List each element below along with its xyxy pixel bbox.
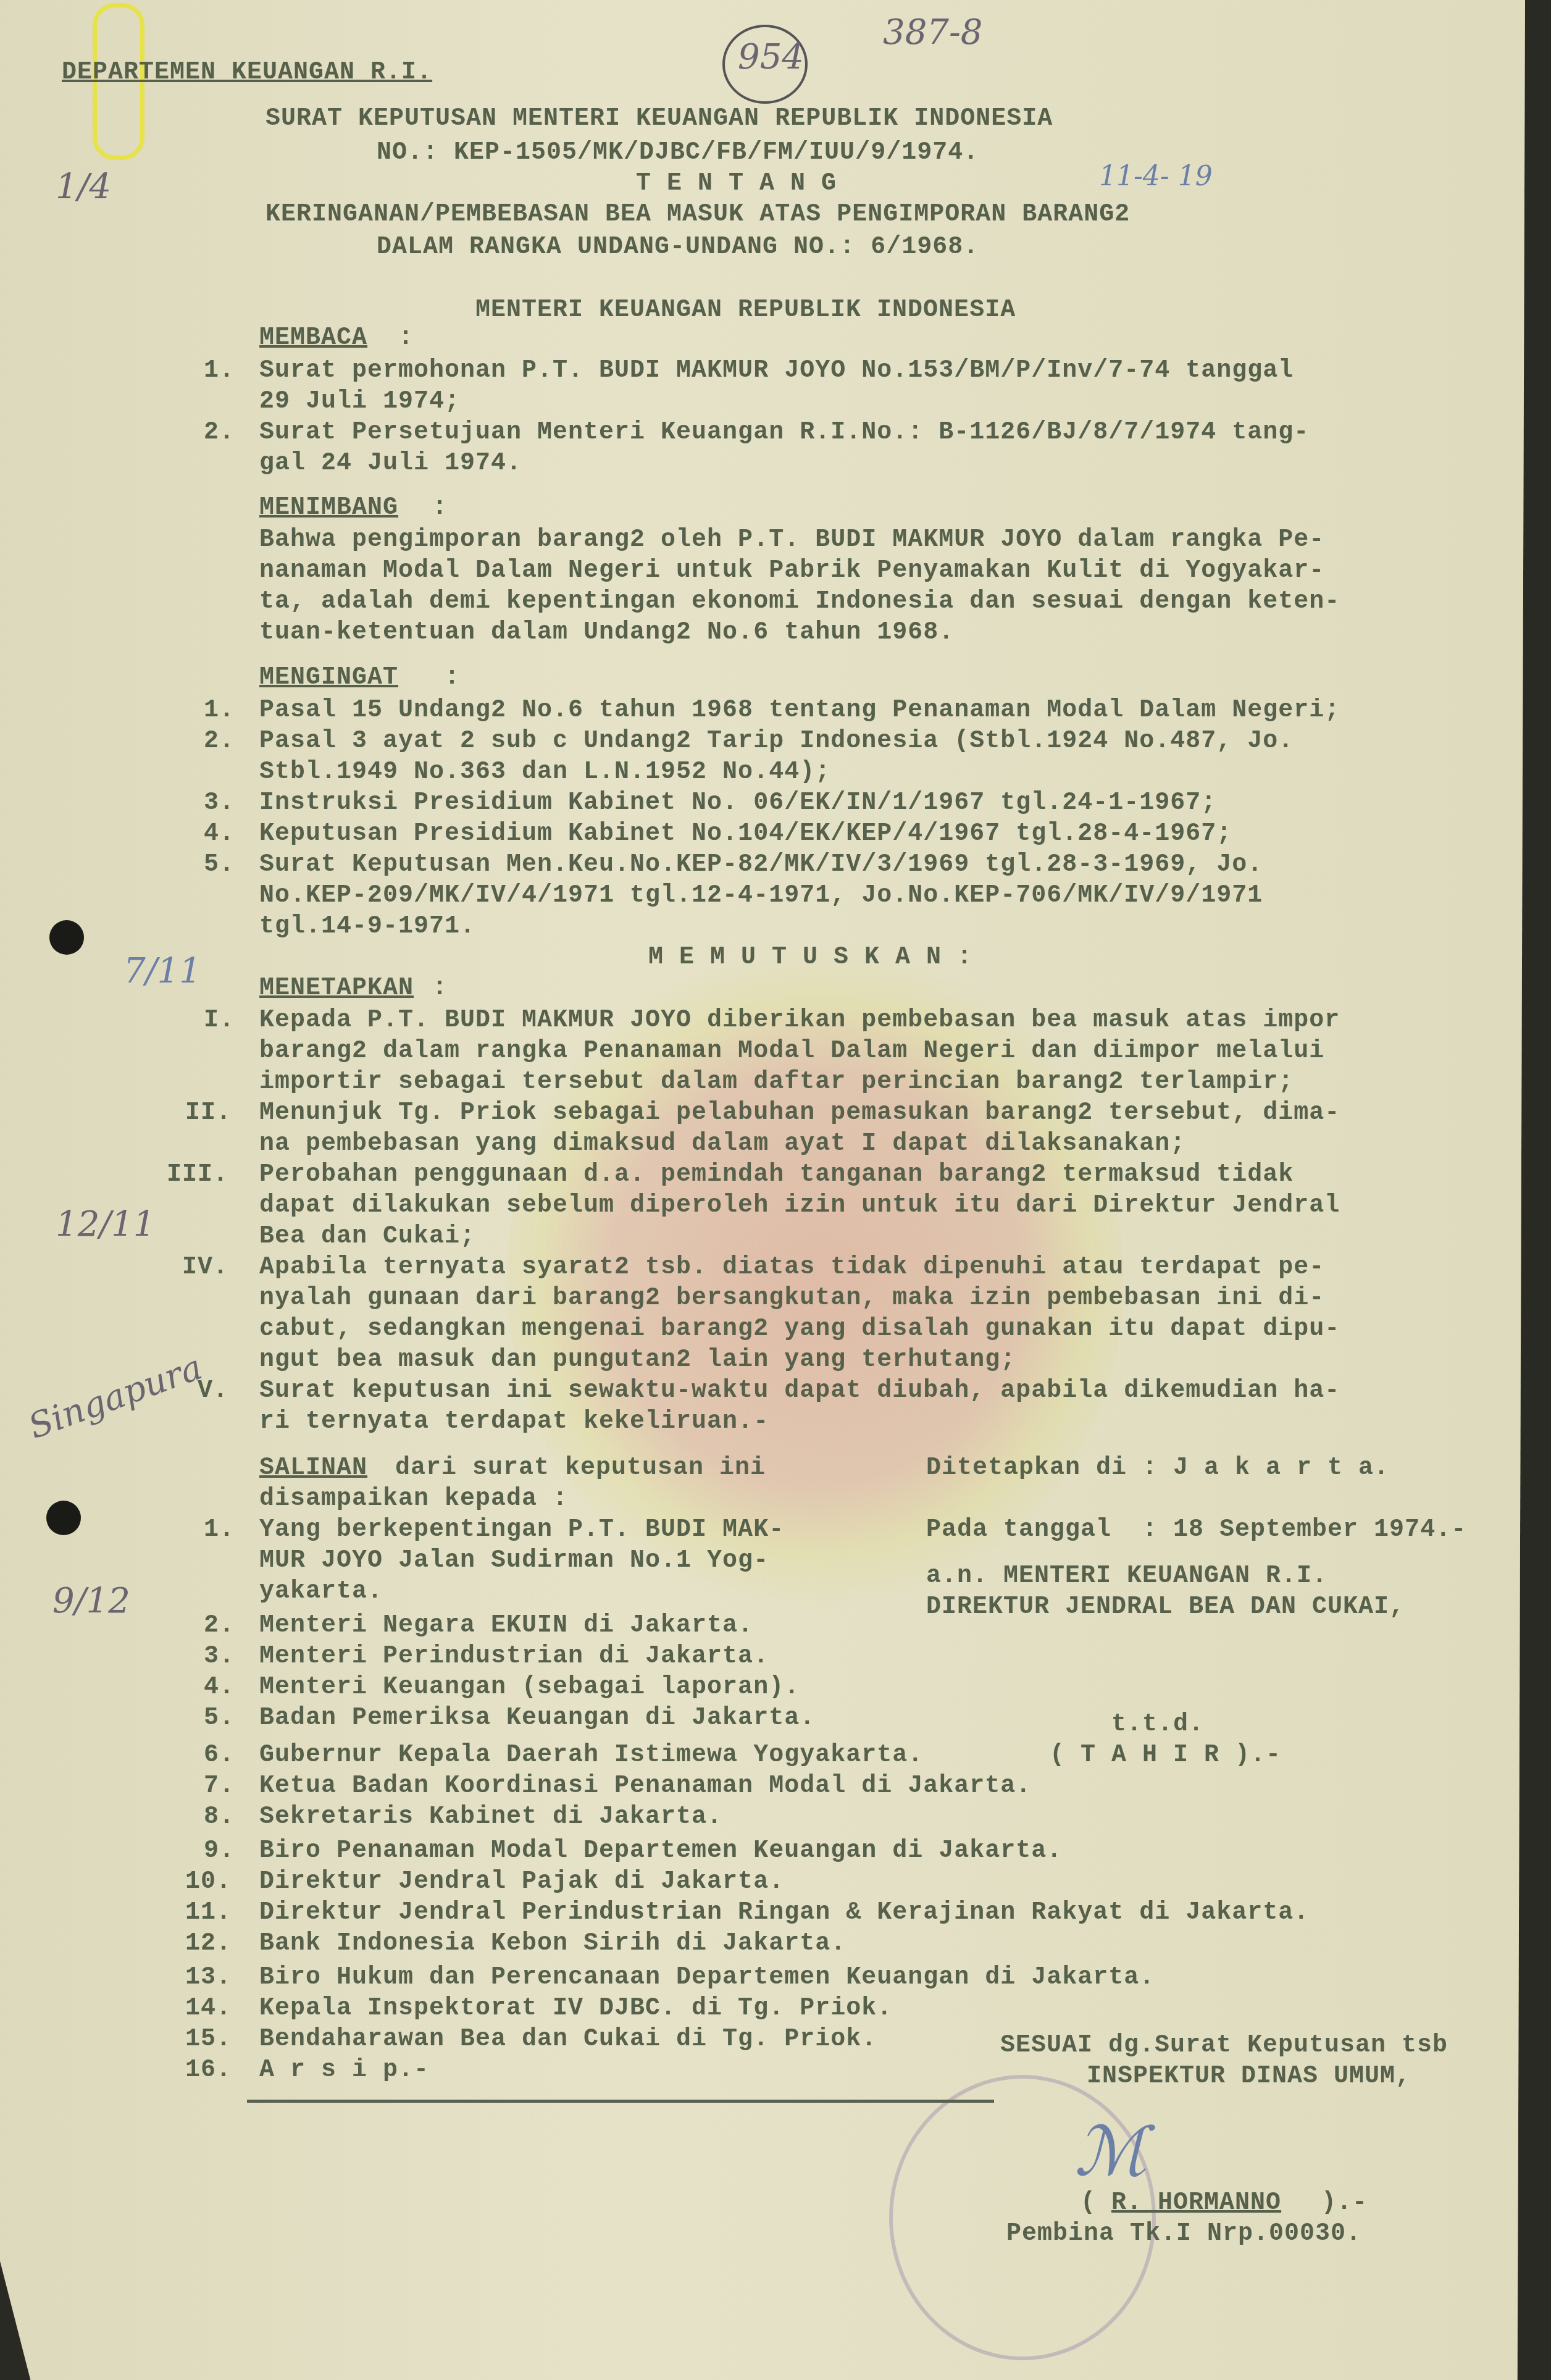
punch-hole — [46, 1501, 81, 1535]
item-text: Keputusan Presidium Kabinet No.104/EK/KE… — [259, 820, 1232, 849]
recipient: Gubernur Kepala Daerah Istimewa Yogyakar… — [259, 1741, 923, 1770]
recipient: Menteri Keuangan (sebagai laporan). — [259, 1674, 800, 1702]
item-number: 2. — [204, 419, 235, 447]
item-number: 7. — [204, 1772, 235, 1801]
certifier-title: INSPEKTUR DINAS UMUM, — [1087, 2063, 1411, 2091]
item-number: 15. — [185, 2026, 232, 2054]
item-text: Pasal 15 Undang2 No.6 tahun 1968 tentang… — [259, 697, 1340, 725]
item-number: 1. — [204, 357, 235, 385]
signing-office: a.n. MENTERI KEUANGAN R.I. — [926, 1562, 1327, 1591]
paragraph-line: nanaman Modal Dalam Negeri untuk Pabrik … — [259, 557, 1324, 585]
item-text: Surat Persetujuan Menteri Keuangan R.I.N… — [259, 419, 1309, 447]
certification-note: SESUAI dg.Surat Keputusan tsb — [1000, 2032, 1448, 2060]
item-number: V. — [198, 1377, 228, 1406]
title-line: SURAT KEPUTUSAN MENTERI KEUANGAN REPUBLI… — [265, 105, 1053, 133]
item-number: II. — [185, 1099, 232, 1128]
item-number: 13. — [185, 1964, 232, 1992]
punch-hole — [49, 920, 84, 955]
item-number: 6. — [204, 1741, 235, 1770]
memutuskan-heading: M E M U T U S K A N : — [648, 944, 972, 972]
item-text: Stbl.1949 No.363 dan L.N.1952 No.44); — [259, 758, 830, 787]
item-number: 1. — [204, 697, 235, 725]
place-of-issue: Ditetapkan di : J a k a r t a. — [926, 1454, 1389, 1483]
item-text: dapat dilakukan sebelum diperoleh izin u… — [259, 1192, 1340, 1220]
item-number: 9. — [204, 1837, 235, 1866]
letterhead: DEPARTEMEN KEUANGAN R.I. — [62, 59, 432, 87]
item-number: 2. — [204, 727, 235, 756]
recipient: Ketua Badan Koordinasi Penanaman Modal d… — [259, 1772, 1031, 1801]
margin-note: 1/4 — [56, 167, 111, 207]
certifier-name: R. HORMANNO — [1111, 2189, 1281, 2218]
item-text: Instruksi Presidium Kabinet No. 06/EK/IN… — [259, 789, 1216, 818]
title-line: T E N T A N G — [636, 170, 837, 198]
recipient: Direktur Jendral Pajak di Jakarta. — [259, 1868, 784, 1896]
date-of-issue: Pada tanggal : 18 September 1974.- — [926, 1516, 1466, 1544]
recipient: Menteri Negara EKUIN di Jakarta. — [259, 1612, 753, 1640]
item-text: Surat Keputusan Men.Keu.No.KEP-82/MK/IV/… — [259, 851, 1263, 879]
recipient: A r s i p.- — [259, 2056, 429, 2085]
item-number: I. — [204, 1007, 235, 1035]
title-line: KERINGANAN/PEMBEBASAN BEA MASUK ATAS PEN… — [265, 201, 1130, 229]
signer-name: ( T A H I R ).- — [1050, 1741, 1281, 1770]
issuer: MENTERI KEUANGAN REPUBLIK INDONESIA — [475, 296, 1016, 325]
colon: : — [432, 974, 448, 1003]
item-number: IV. — [182, 1254, 228, 1282]
item-number: 1. — [204, 1516, 235, 1544]
item-text: ri ternyata terdapat kekeliruan.- — [259, 1408, 769, 1436]
colon: : — [432, 494, 448, 522]
item-number: III. — [167, 1161, 228, 1189]
item-number: 5. — [204, 1704, 235, 1733]
item-text: Surat keputusan ini sewaktu-waktu dapat … — [259, 1377, 1340, 1406]
recipient: MUR JOYO Jalan Sudirman No.1 Yog- — [259, 1547, 769, 1575]
recipient: Biro Penanaman Modal Departemen Keuangan… — [259, 1837, 1062, 1866]
recipient: Yang berkepentingan P.T. BUDI MAK- — [259, 1516, 784, 1544]
recipient: Sekretaris Kabinet di Jakarta. — [259, 1803, 722, 1832]
item-text: No.KEP-209/MK/IV/4/1971 tgl.12-4-1971, J… — [259, 882, 1263, 910]
colon: : — [398, 324, 414, 353]
close-paren: ).- — [1321, 2189, 1368, 2218]
paragraph-line: ta, adalah demi kepentingan ekonomi Indo… — [259, 588, 1340, 616]
circled-number: 954 — [738, 37, 804, 77]
item-number: 5. — [204, 851, 235, 879]
open-paren: ( — [1081, 2189, 1096, 2218]
section-heading: SALINAN — [259, 1454, 367, 1483]
section-heading: MEMBACA — [259, 324, 367, 353]
recipient: Bendaharawan Bea dan Cukai di Tg. Priok. — [259, 2026, 877, 2054]
item-text: gal 24 Juli 1974. — [259, 450, 522, 478]
item-number: 2. — [204, 1612, 235, 1640]
item-text: tgl.14-9-1971. — [259, 913, 475, 941]
item-text: nyalah gunaan dari barang2 bersangkutan,… — [259, 1284, 1324, 1313]
item-text: ngut bea masuk dan pungutan2 lain yang t… — [259, 1346, 1016, 1375]
colon: : — [445, 664, 460, 692]
salinan-intro: dari surat keputusan ini — [395, 1454, 766, 1483]
title-line: NO.: KEP-1505/MK/DJBC/FB/FM/IUU/9/1974. — [377, 139, 979, 167]
recipient: Bank Indonesia Kebon Sirih di Jakarta. — [259, 1930, 846, 1958]
item-number: 8. — [204, 1803, 235, 1832]
divider-line — [247, 2100, 994, 2103]
title-line: DALAM RANGKA UNDANG-UNDANG NO.: 6/1968. — [377, 233, 979, 262]
item-number: 16. — [185, 2056, 232, 2085]
certifier-rank: Pembina Tk.I Nrp.00030. — [1006, 2220, 1361, 2248]
item-number: 3. — [204, 1643, 235, 1671]
item-text: na pembebasan yang dimaksud dalam ayat I… — [259, 1130, 1185, 1159]
recipient: Badan Pemeriksa Keuangan di Jakarta. — [259, 1704, 815, 1733]
signing-office: DIREKTUR JENDRAL BEA DAN CUKAI, — [926, 1593, 1405, 1622]
recipient: Menteri Perindustrian di Jakarta. — [259, 1643, 769, 1671]
item-text: Menunjuk Tg. Priok sebagai pelabuhan pem… — [259, 1099, 1340, 1128]
top-number: 387-8 — [883, 12, 982, 52]
item-number: 14. — [185, 1995, 232, 2023]
item-text: cabut, sedangkan mengenai barang2 yang d… — [259, 1315, 1340, 1344]
section-heading: MENGINGAT — [259, 664, 398, 692]
handwritten-signature: ℳ — [1074, 2112, 1147, 2191]
section-heading: MENETAPKAN — [259, 974, 414, 1003]
item-text: Bea dan Cukai; — [259, 1223, 475, 1251]
item-number: 4. — [204, 820, 235, 849]
paragraph-line: Bahwa pengimporan barang2 oleh P.T. BUDI… — [259, 526, 1324, 555]
margin-note: 12/11 — [56, 1204, 155, 1244]
item-number: 11. — [185, 1899, 232, 1927]
item-text: importir sebagai tersebut dalam daftar p… — [259, 1068, 1294, 1097]
margin-note: 7/11 — [123, 951, 201, 991]
margin-note: 9/12 — [52, 1581, 130, 1621]
section-heading: MENIMBANG — [259, 494, 398, 522]
salinan-intro: disampaikan kepada : — [259, 1485, 568, 1514]
item-number: 12. — [185, 1930, 232, 1958]
item-number: 4. — [204, 1674, 235, 1702]
paragraph-line: tuan-ketentuan dalam Undang2 No.6 tahun … — [259, 619, 954, 647]
item-text: Kepada P.T. BUDI MAKMUR JOYO diberikan p… — [259, 1007, 1340, 1035]
item-text: 29 Juli 1974; — [259, 388, 460, 416]
recipient: yakarta. — [259, 1578, 383, 1606]
item-text: Pasal 3 ayat 2 sub c Undang2 Tarip Indon… — [259, 727, 1294, 756]
ttd-mark: t.t.d. — [1111, 1711, 1204, 1739]
item-text: Perobahan penggunaan d.a. pemindah tanga… — [259, 1161, 1294, 1189]
recipient: Biro Hukum dan Perencanaan Departemen Ke… — [259, 1964, 1155, 1992]
item-number: 10. — [185, 1868, 232, 1896]
date-stamp-note: 11-4- 19 — [1099, 161, 1213, 192]
item-number: 3. — [204, 789, 235, 818]
item-text: barang2 dalam rangka Penanaman Modal Dal… — [259, 1037, 1324, 1066]
item-text: Surat permohonan P.T. BUDI MAKMUR JOYO N… — [259, 357, 1294, 385]
item-text: Apabila ternyata syarat2 tsb. diatas tid… — [259, 1254, 1324, 1282]
recipient: Direktur Jendral Perindustrian Ringan & … — [259, 1899, 1309, 1927]
recipient: Kepala Inspektorat IV DJBC. di Tg. Priok… — [259, 1995, 892, 2023]
